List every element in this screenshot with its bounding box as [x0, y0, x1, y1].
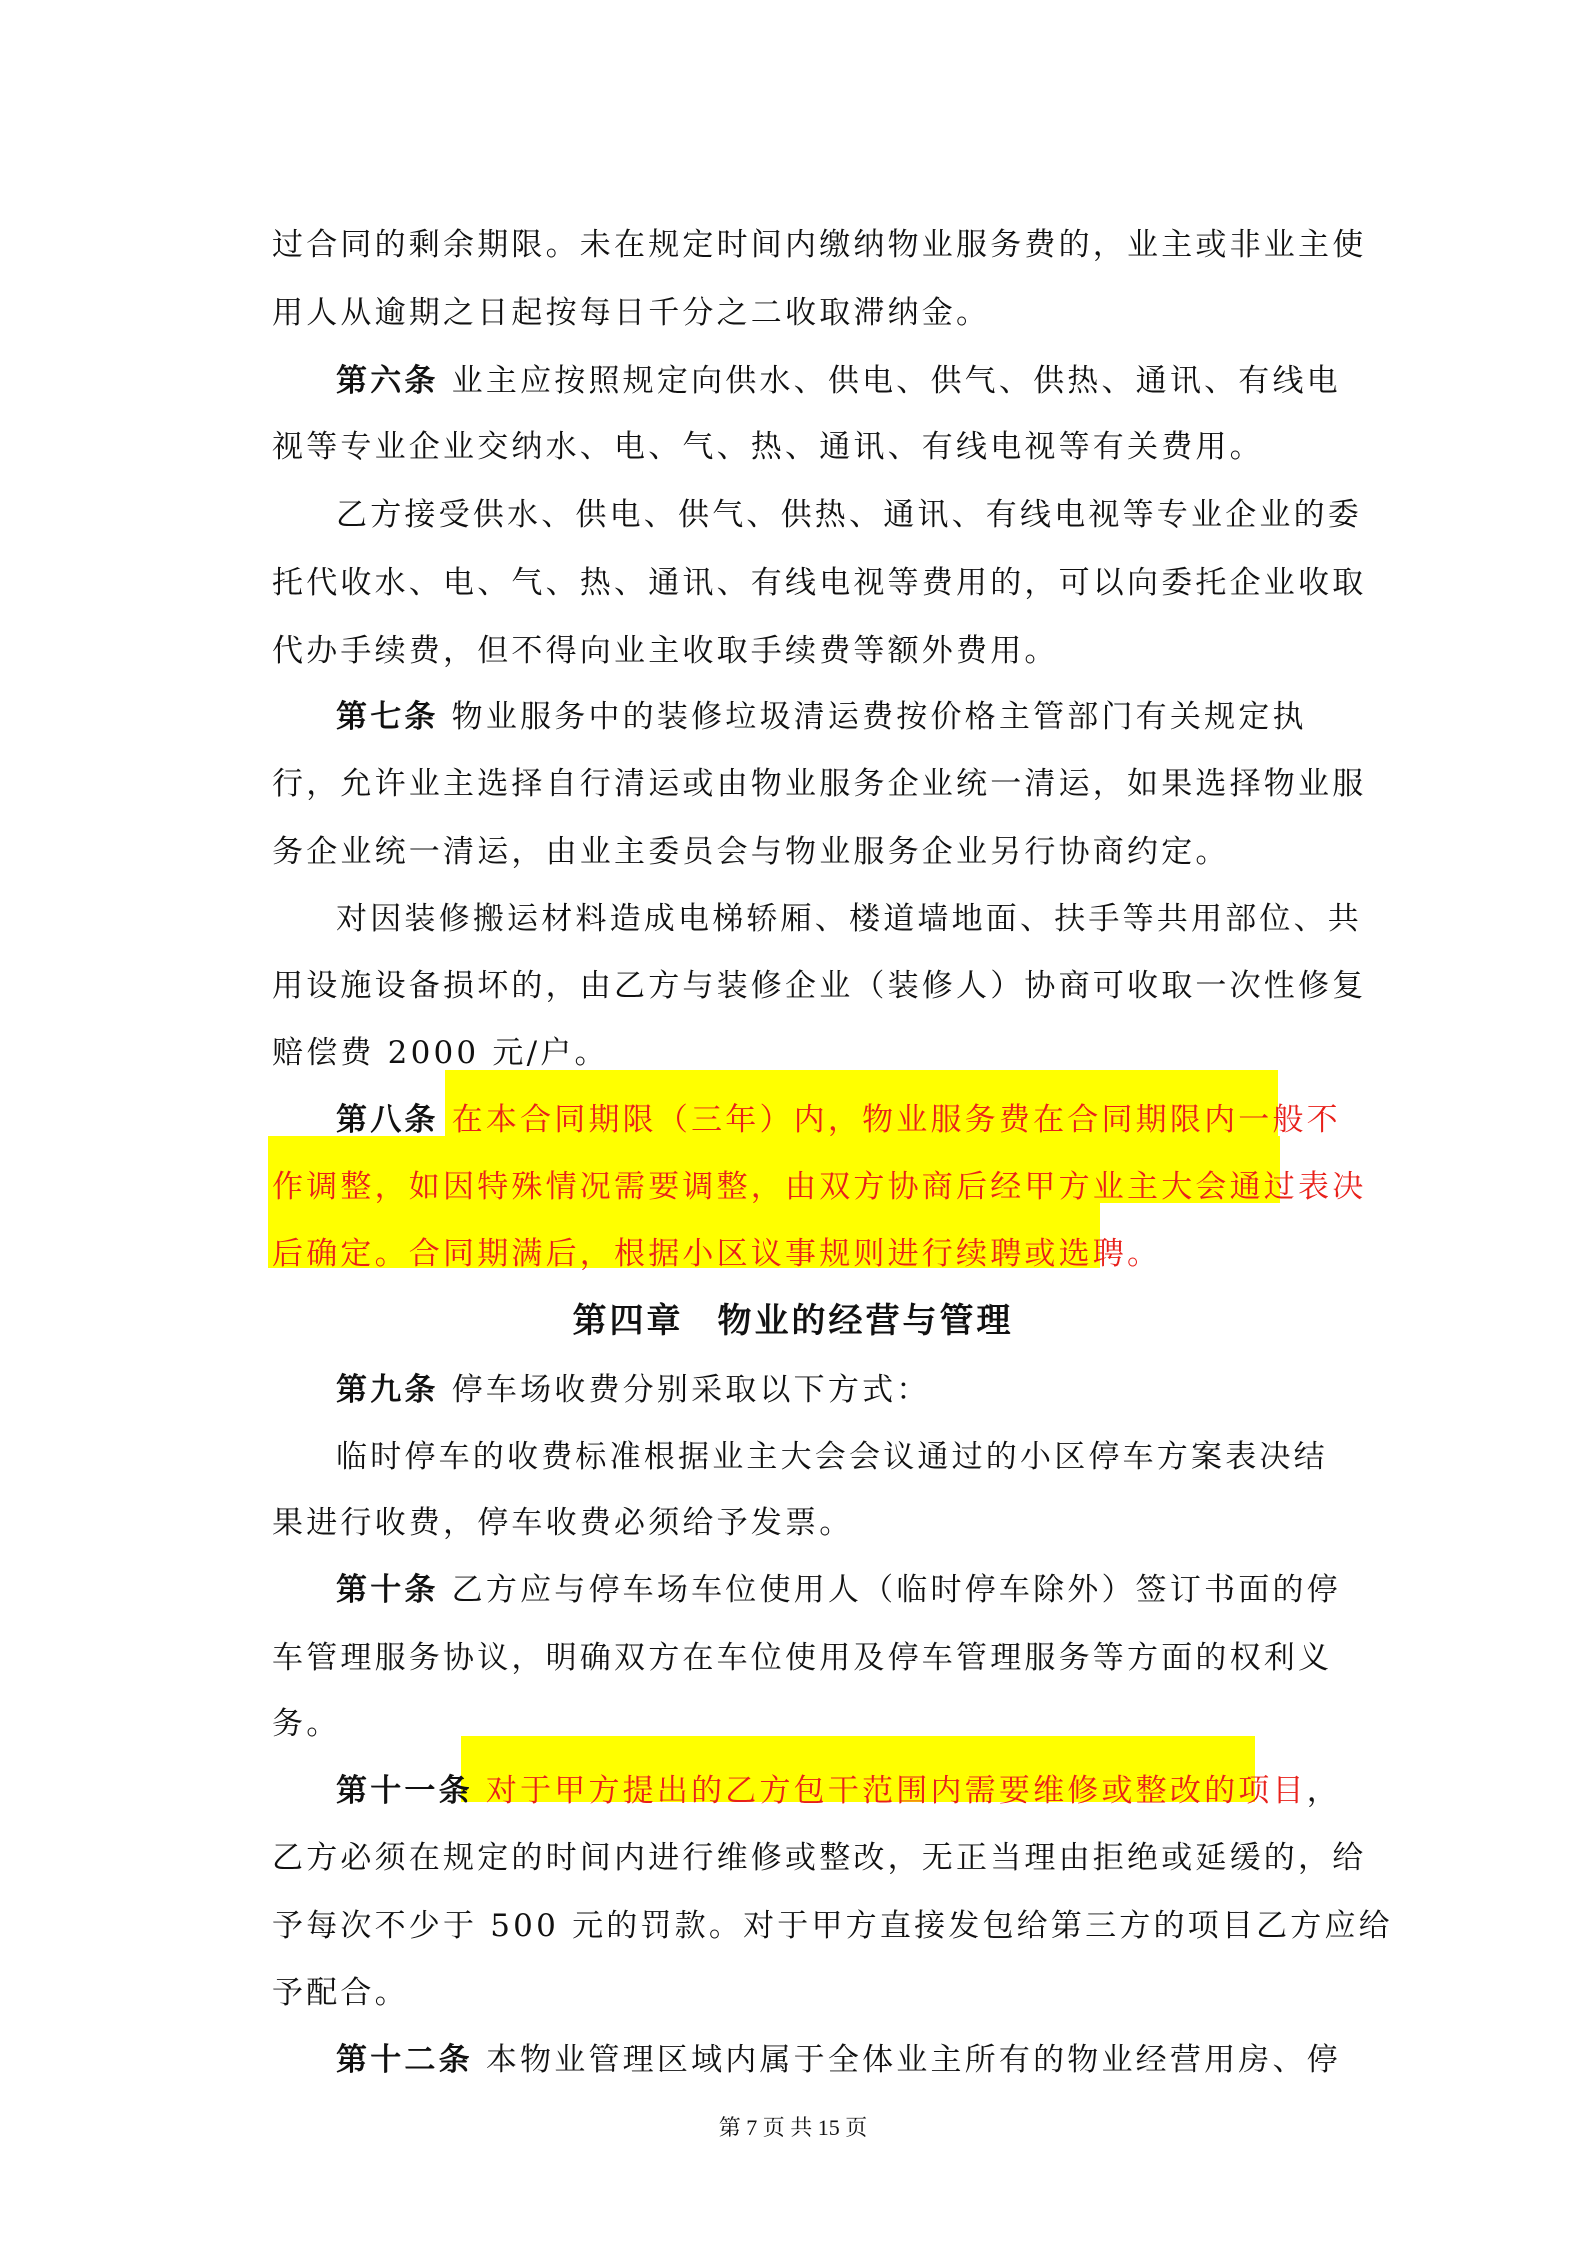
article-9-line: 第九条 停车场收费分别采取以下方式： [336, 1357, 1292, 1423]
chapter-heading: 第四章物业的经营与管理 [0, 1288, 1586, 1354]
highlighted-text: 对于甲方提出的乙方包干范围内需要维修或整改的项目 [486, 1773, 1307, 1809]
paragraph-line: 行，允许业主选择自行清运或由物业服务企业统一清运，如果选择物业服 [272, 751, 1292, 817]
paragraph-line: 过合同的剩余期限。未在规定时间内缴纳物业服务费的，业主或非业主使 [272, 212, 1292, 278]
paragraph-line: 乙方接受供水、供电、供气、供热、通讯、有线电视等专业企业的委 [336, 482, 1292, 548]
article-7-line: 第七条 物业服务中的装修垃圾清运费按价格主管部门有关规定执 [336, 684, 1292, 750]
paragraph-line: 果进行收费，停车收费必须给予发票。 [272, 1490, 1292, 1556]
article-label: 第七条 [336, 699, 439, 735]
highlighted-text: 作调整，如因特殊情况需要调整，由双方协商后经甲方业主大会通过表决 [272, 1154, 1292, 1220]
paragraph-line: 视等专业企业交纳水、电、气、热、通讯、有线电视等有关费用。 [272, 414, 1292, 480]
paragraph-line: 托代收水、电、气、热、通讯、有线电视等费用的，可以向委托企业收取 [272, 550, 1292, 616]
chapter-title: 物业的经营与管理 [718, 1301, 1014, 1341]
document-page: 过合同的剩余期限。未在规定时间内缴纳物业服务费的，业主或非业主使 用人从逾期之日… [0, 0, 1586, 2245]
article-label: 第六条 [336, 363, 439, 399]
article-6-line: 第六条 业主应按照规定向供水、供电、供气、供热、通讯、有线电 [336, 348, 1292, 414]
article-8-line: 第八条 在本合同期限（三年）内，物业服务费在合同期限内一般不 [336, 1087, 1292, 1153]
paragraph-line: 用设施设备损坏的，由乙方与装修企业（装修人）协商可收取一次性修复 [272, 953, 1292, 1019]
article-text: 乙方应与停车场车位使用人（临时停车除外）签订书面的停 [452, 1572, 1341, 1608]
paragraph-line: 予配合。 [272, 1960, 1292, 2026]
article-label: 第九条 [336, 1372, 439, 1408]
article-label: 第十二条 [336, 2042, 473, 2078]
paragraph-line: 乙方必须在规定的时间内进行维修或整改，无正当理由拒绝或延缓的，给 [272, 1825, 1292, 1891]
article-text: 业主应按照规定向供水、供电、供气、供热、通讯、有线电 [452, 363, 1341, 399]
article-label: 第八条 [336, 1102, 439, 1138]
paragraph-line: 对因装修搬运材料造成电梯轿厢、楼道墙地面、扶手等共用部位、共 [336, 886, 1292, 952]
paragraph-line: 代办手续费，但不得向业主收取手续费等额外费用。 [272, 618, 1292, 684]
article-12-line: 第十二条 本物业管理区域内属于全体业主所有的物业经营用房、停 [336, 2027, 1292, 2093]
chapter-number: 第四章 [573, 1301, 684, 1341]
article-10-line: 第十条 乙方应与停车场车位使用人（临时停车除外）签订书面的停 [336, 1557, 1292, 1623]
trailing-punctuation: ， [1307, 1773, 1341, 1809]
article-label: 第十一条 [336, 1773, 473, 1809]
paragraph-line: 用人从逾期之日起按每日千分之二收取滞纳金。 [272, 280, 1292, 346]
article-11-line: 第十一条 对于甲方提出的乙方包干范围内需要维修或整改的项目， [336, 1758, 1292, 1824]
article-text: 物业服务中的装修垃圾清运费按价格主管部门有关规定执 [452, 699, 1307, 735]
article-label: 第十条 [336, 1572, 439, 1608]
paragraph-line: 车管理服务协议，明确双方在车位使用及停车管理服务等方面的权利义 [272, 1625, 1292, 1691]
article-text: 停车场收费分别采取以下方式： [452, 1372, 931, 1408]
paragraph-line: 务企业统一清运，由业主委员会与物业服务企业另行协商约定。 [272, 819, 1292, 885]
article-text: 本物业管理区域内属于全体业主所有的物业经营用房、停 [486, 2042, 1341, 2078]
page-number-footer: 第 7 页 共 15 页 [0, 2113, 1586, 2143]
paragraph-line: 予每次不少于 500 元的罚款。对于甲方直接发包给第三方的项目乙方应给 [272, 1893, 1292, 1959]
highlighted-text: 后确定。合同期满后，根据小区议事规则进行续聘或选聘。 [272, 1221, 1292, 1287]
paragraph-line: 临时停车的收费标准根据业主大会会议通过的小区停车方案表决结 [336, 1424, 1292, 1490]
highlighted-text: 在本合同期限（三年）内，物业服务费在合同期限内一般不 [452, 1102, 1341, 1138]
